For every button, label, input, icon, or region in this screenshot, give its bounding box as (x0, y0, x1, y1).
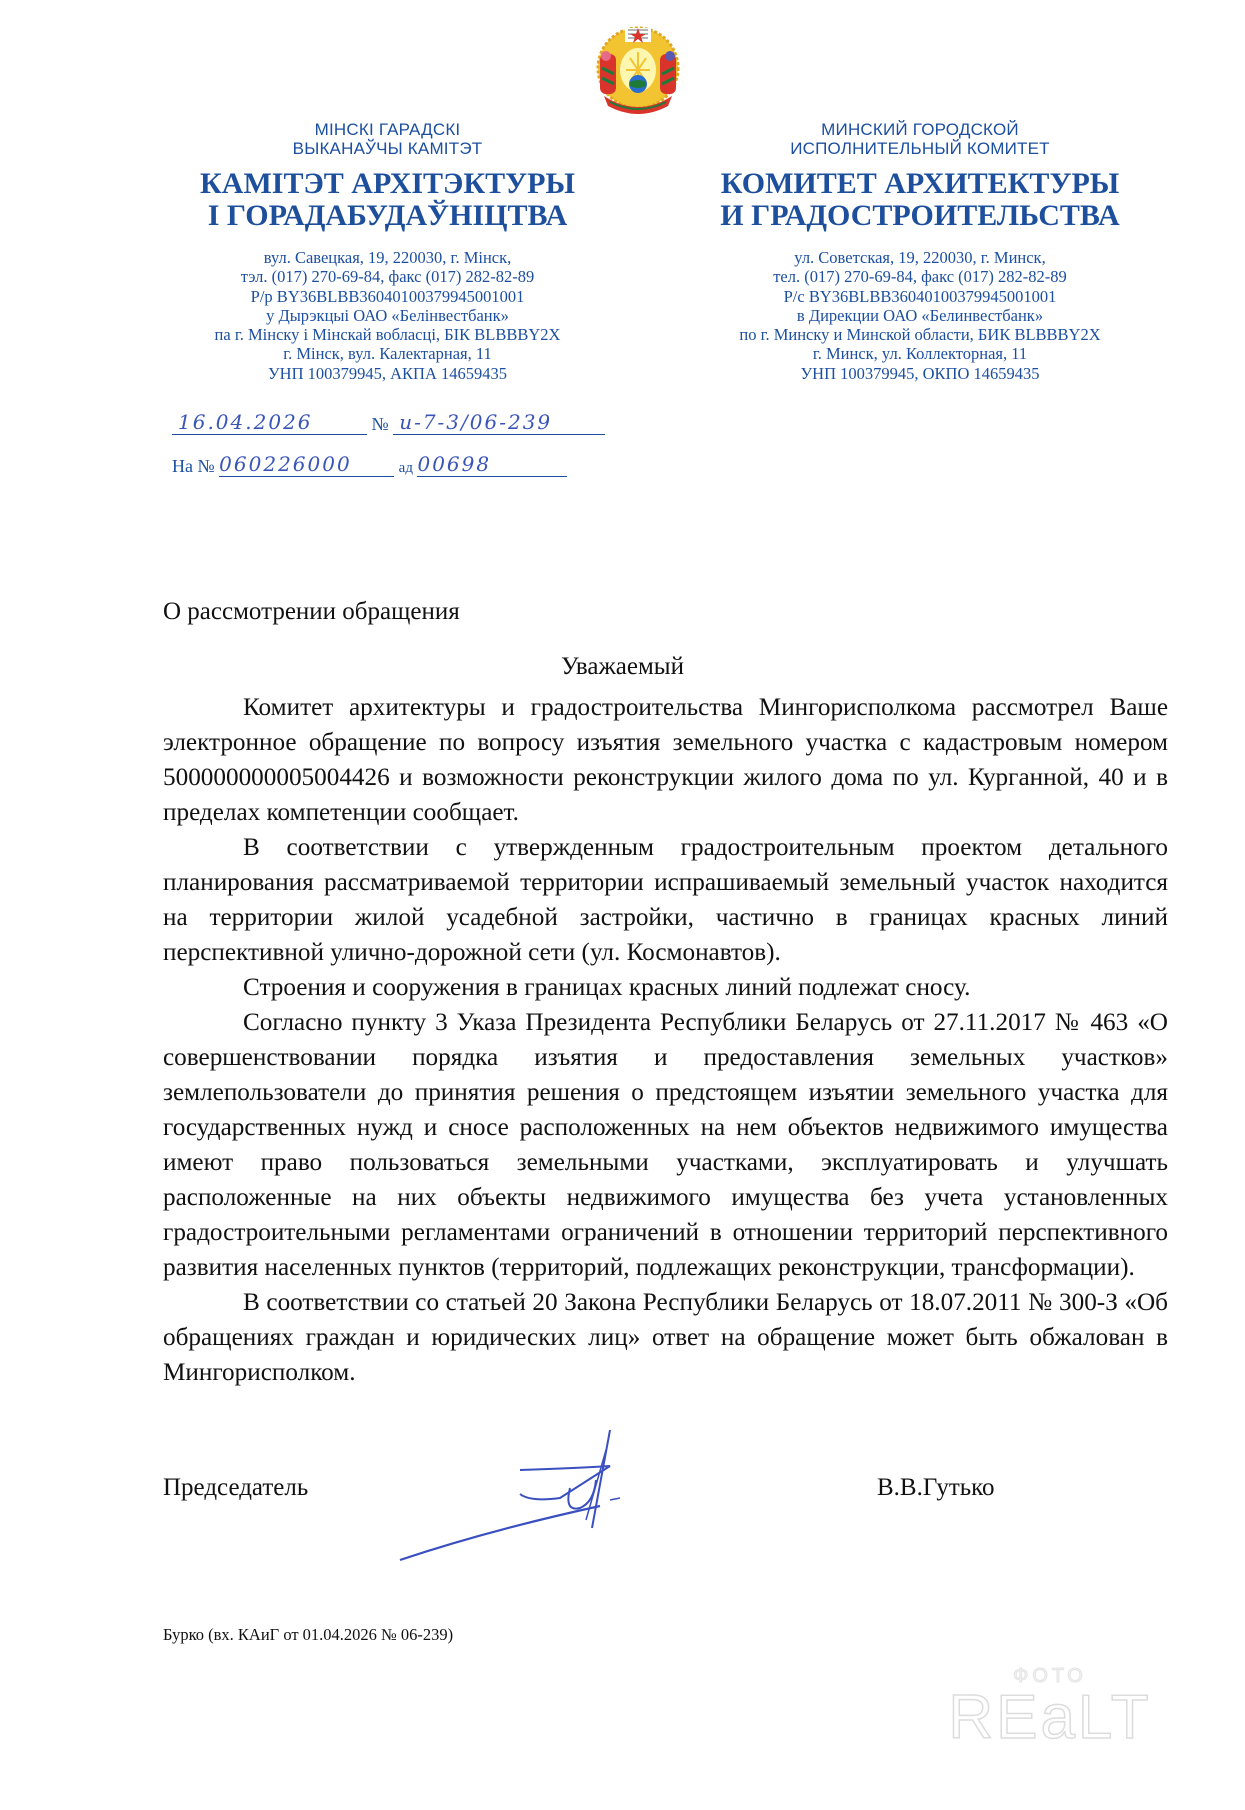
org-parent-line2: ИСПОЛНИТЕЛЬНЫЙ КОМИТЕТ (690, 139, 1150, 158)
reply-date-field: 00698 (417, 452, 567, 477)
reply-number-field: 060226000 (219, 452, 394, 477)
signatory-name: В.В.Гутько (877, 1474, 995, 1502)
bank-address-line: г. Мінск, вул. Калектарная, 11 (160, 344, 615, 363)
letter-page: МІНСКІ ГАРАДСКІ ВЫКАНАЎЧЫ КАМІТЭТ КАМІТЭ… (0, 0, 1245, 1810)
org-address-block: ул. Советская, 19, 220030, г. Минск, тел… (690, 248, 1150, 383)
belarus-state-emblem-icon (592, 18, 684, 118)
number-label: № (372, 414, 389, 434)
org-parent-line2: ВЫКАНАЎЧЫ КАМІТЭТ (160, 139, 615, 158)
bank-account-line: Р/р BY36BLBB36040100379945001001 (160, 287, 615, 306)
org-title: КАМІТЭТ АРХІТЭКТУРЫ І ГОРАДАБУДАЎНІЦТВА (160, 168, 615, 232)
outgoing-reference: 16.04.2026 № и-7-3/06-239 (172, 410, 605, 435)
org-title: КОМИТЕТ АРХИТЕКТУРЫ И ГРАДОСТРОИТЕЛЬСТВА (690, 168, 1150, 232)
bank-name-line: у Дырэкцыі ОАО «Белінвестбанк» (160, 306, 615, 325)
org-title-line1: КОМИТЕТ АРХИТЕКТУРЫ (690, 168, 1150, 200)
phone-line: тел. (017) 270-69-84, факс (017) 282-82-… (690, 267, 1150, 286)
watermark-main-text: REaLT (935, 1688, 1165, 1748)
bank-account-line: Р/с BY36BLBB36040100379945001001 (690, 287, 1150, 306)
address-line: вул. Савецкая, 19, 220030, г. Мінск, (160, 248, 615, 267)
incoming-reference: На № 060226000 ад 00698 (172, 452, 567, 477)
date-field: 16.04.2026 (172, 410, 367, 435)
handwritten-reply-number: 060226000 (219, 452, 352, 476)
signatory-title: Председатель (163, 1474, 308, 1502)
org-title-line2: И ГРАДОСТРОИТЕЛЬСТВА (690, 200, 1150, 232)
letter-greeting: Уважаемый (0, 653, 1245, 681)
address-line: ул. Советская, 19, 220030, г. Минск, (690, 248, 1150, 267)
executor-note: Бурко (вх. КАиГ от 01.04.2026 № 06-239) (163, 1625, 453, 1645)
bank-address-line: г. Минск, ул. Коллекторная, 11 (690, 344, 1150, 363)
handwritten-number: и-7-3/06-239 (393, 410, 552, 434)
reply-label: На № (172, 456, 215, 476)
org-address-block: вул. Савецкая, 19, 220030, г. Мінск, тэл… (160, 248, 615, 383)
number-field: и-7-3/06-239 (393, 410, 605, 435)
org-parent-line1: МИНСКИЙ ГОРОДСКОЙ (690, 120, 1150, 139)
org-title-line2: І ГОРАДАБУДАЎНІЦТВА (160, 200, 615, 232)
letter-body: Комитет архитектуры и градостроительства… (163, 690, 1168, 1390)
letterhead-russian: МИНСКИЙ ГОРОДСКОЙ ИСПОЛНИТЕЛЬНЫЙ КОМИТЕТ… (690, 120, 1150, 383)
bank-region-line: па г. Мінску і Мінскай вобласці, БІК BLB… (160, 325, 615, 344)
handwritten-date: 16.04.2026 (172, 410, 313, 434)
realt-watermark-logo: ФОТО REaLT (935, 1665, 1165, 1755)
body-paragraph: В соответствии с утвержденным градострои… (163, 830, 1168, 970)
handwritten-reply-date: 00698 (417, 452, 491, 476)
letterhead-belarusian: МІНСКІ ГАРАДСКІ ВЫКАНАЎЧЫ КАМІТЭТ КАМІТЭ… (160, 120, 615, 383)
body-paragraph: В соответствии со статьей 20 Закона Респ… (163, 1285, 1168, 1390)
org-title-line1: КАМІТЭТ АРХІТЭКТУРЫ (160, 168, 615, 200)
body-paragraph: Строения и сооружения в границах красных… (163, 970, 1168, 1005)
bank-name-line: в Дирекции ОАО «Белинвестбанк» (690, 306, 1150, 325)
letter-subject: О рассмотрении обращения (163, 598, 460, 626)
reply-date-label: ад (399, 460, 413, 476)
tax-id-line: УНП 100379945, ОКПО 14659435 (690, 364, 1150, 383)
handwritten-signature-icon (380, 1410, 700, 1570)
org-parent-line1: МІНСКІ ГАРАДСКІ (160, 120, 615, 139)
phone-line: тэл. (017) 270-69-84, факс (017) 282-82-… (160, 267, 615, 286)
body-paragraph: Комитет архитектуры и градостроительства… (163, 690, 1168, 830)
bank-region-line: по г. Минску и Минской области, БИК BLBB… (690, 325, 1150, 344)
tax-id-line: УНП 100379945, АКПА 14659435 (160, 364, 615, 383)
body-paragraph: Согласно пункту 3 Указа Президента Респу… (163, 1005, 1168, 1285)
